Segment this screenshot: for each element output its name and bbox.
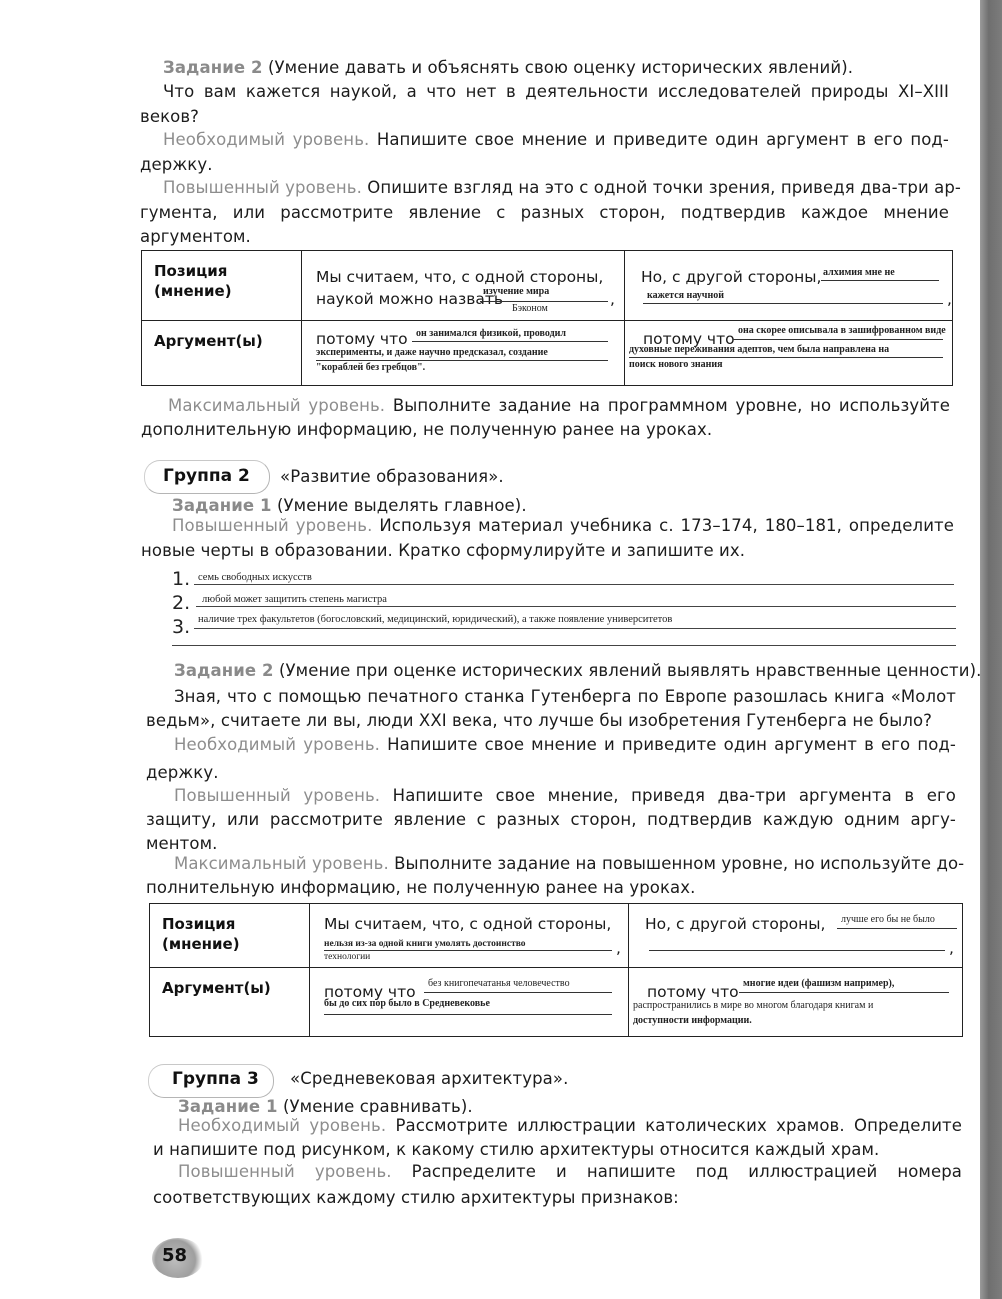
answer-text: без книгопечатанья человечество <box>428 978 570 990</box>
question-text: ведьм», считаете ли вы, люди XXI века, ч… <box>146 710 932 732</box>
level-advanced-cont: ментом. <box>146 833 218 855</box>
answer-text: лучше его бы не было <box>841 914 935 926</box>
answer-underline <box>643 303 943 304</box>
answer-table-gutenberg: Позиция (мнение) Мы считаем, что, с одно… <box>149 903 963 1037</box>
scan-shadow <box>980 0 1002 1299</box>
answer-text: она скорее описывала в зашифрованном вид… <box>738 325 946 337</box>
task-heading: Задание 2 (Умение при оценке исторически… <box>174 660 981 682</box>
page-number: 58 <box>162 1245 187 1266</box>
level-maximum-cont: дополнительную информацию, не полученную… <box>141 419 712 441</box>
level-advanced-cont: соответствующих каждому стилю архитектур… <box>153 1187 679 1209</box>
level-advanced-cont: защиту, или рассмотрите явление с разных… <box>146 809 956 831</box>
answer-line[interactable] <box>172 645 956 646</box>
answer-underline <box>316 360 608 361</box>
argument-right-cell[interactable]: потому что многие идеи (фашизм например)… <box>629 968 963 1037</box>
row-header-position: Позиция (мнение) <box>142 251 302 321</box>
answer-underline <box>649 950 945 951</box>
comma: , <box>949 938 954 959</box>
answer-text: любой может защитить степень магистра <box>202 594 387 606</box>
level-required-cont: и напишите под рисунком, к какому стилю … <box>153 1139 879 1161</box>
prompt-text: Мы считаем, что, с одной стороны, <box>316 267 603 288</box>
task-heading: Задание 2 (Умение давать и объяснять сво… <box>163 57 853 79</box>
answer-number: 3. <box>172 616 190 638</box>
row-header-text: Позиция <box>154 261 289 281</box>
argument-left-cell[interactable]: потому что без книгопечатанья человечест… <box>310 968 629 1037</box>
position-right-cell[interactable]: Но, с другой стороны, лучше его бы не бы… <box>629 904 963 968</box>
row-header-argument: Аргумент(ы) <box>150 968 310 1037</box>
answer-line[interactable] <box>194 584 954 585</box>
position-left-cell[interactable]: Мы считаем, что, с одной стороны, наукой… <box>302 251 625 321</box>
answer-text: он занимался физикой, проводил <box>416 328 566 340</box>
level-required-cont: держку. <box>146 762 219 784</box>
comma: , <box>947 289 952 310</box>
level-maximum-cont: полнительную информацию, не полученную р… <box>146 877 695 899</box>
level-advanced: Повышенный уровень. Напишите свое мнение… <box>174 785 956 807</box>
row-header-text: (мнение) <box>154 281 289 301</box>
answer-text: изучение мира <box>483 286 549 298</box>
level-advanced: Повышенный уровень. Используя материал у… <box>172 515 954 537</box>
answer-text: Бэконом <box>512 303 548 315</box>
answer-underline <box>424 992 612 993</box>
row-header-text: (мнение) <box>162 934 297 954</box>
answer-text: наличие трех факультетов (богословский, … <box>198 614 672 626</box>
answer-text: эксперименты, и даже научно предсказал, … <box>316 347 548 359</box>
row-header-text: Аргумент(ы) <box>162 978 297 998</box>
group-title: «Средневековая архитектура». <box>290 1068 568 1090</box>
group-badge-label: Группа 3 <box>172 1069 259 1089</box>
level-advanced-cont: гумента, или рассмотрите явление с разны… <box>140 202 949 224</box>
level-maximum: Максимальный уровень. Выполните задание … <box>168 395 950 417</box>
answer-text: "кораблей без гребцов". <box>316 362 425 374</box>
position-left-cell[interactable]: Мы считаем, что, с одной стороны, нельзя… <box>310 904 629 968</box>
answer-underline <box>733 339 943 340</box>
argument-left-cell[interactable]: потому что он занимался физикой, проводи… <box>302 321 625 386</box>
level-advanced: Повышенный уровень. Распределите и напиш… <box>178 1161 962 1183</box>
row-header-text: Аргумент(ы) <box>154 331 289 351</box>
group-badge-label: Группа 2 <box>163 466 250 486</box>
comma: , <box>616 938 621 959</box>
answer-underline <box>837 928 957 929</box>
prompt-text: Мы считаем, что, с одной стороны, <box>324 914 611 935</box>
answer-line[interactable] <box>194 628 956 629</box>
answer-text: поиск нового знания <box>629 359 723 371</box>
answer-underline <box>821 280 939 281</box>
answer-text: многие идеи (фашизм например), <box>743 978 894 990</box>
question-text: Что вам кажется наукой, а что нет в деят… <box>163 81 949 103</box>
prompt-text: Но, с другой стороны, <box>645 914 825 935</box>
task-text: новые черты в образовании. Кратко сформу… <box>141 540 745 562</box>
answer-text: нельзя из-за одной книги умолять достоин… <box>324 938 526 950</box>
answer-text: доступности информации. <box>633 1015 752 1027</box>
row-header-position: Позиция (мнение) <box>150 904 310 968</box>
answer-text: технологии <box>324 951 370 963</box>
answer-text: распространились в мире во многом благод… <box>633 1000 873 1012</box>
answer-underline <box>324 1014 612 1015</box>
row-header-text: Позиция <box>162 914 297 934</box>
comma: , <box>610 289 615 310</box>
level-maximum: Максимальный уровень. Выполните задание … <box>174 853 956 875</box>
answer-underline <box>629 357 943 358</box>
level-required-cont: держку. <box>140 154 213 176</box>
row-header-argument: Аргумент(ы) <box>142 321 302 386</box>
question-text: веков? <box>140 106 199 128</box>
level-required: Необходимый уровень. Напишите свое мнени… <box>174 734 956 756</box>
answer-text: духовные переживания адептов, чем была н… <box>629 344 889 356</box>
answer-number: 1. <box>172 568 190 590</box>
prompt-text: наукой можно назвать <box>316 289 503 310</box>
group-title: «Развитие образования». <box>280 466 504 488</box>
level-required: Необходимый уровень. Напишите свое мнени… <box>163 129 949 151</box>
answer-number: 2. <box>172 592 190 614</box>
prompt-text: Но, с другой стороны, <box>641 267 821 288</box>
answer-table-science: Позиция (мнение) Мы считаем, что, с одно… <box>141 250 953 386</box>
answer-text: бы до сих пор было в Средневековье <box>324 998 490 1010</box>
answer-underline <box>739 992 949 993</box>
answer-underline <box>412 341 608 342</box>
page-number-badge: 58 <box>152 1238 204 1278</box>
level-advanced: Повышенный уровень. Опишите взгляд на эт… <box>163 177 949 199</box>
answer-underline <box>480 301 608 302</box>
task-heading: Задание 1 (Умение выделять главное). <box>172 495 527 517</box>
answer-text: алхимия мне не <box>823 267 895 279</box>
answer-line[interactable] <box>196 606 956 607</box>
answer-text: кажется научной <box>647 290 724 302</box>
level-advanced-cont: аргументом. <box>140 226 251 248</box>
level-required: Необходимый уровень. Рассмотрите иллюстр… <box>178 1115 962 1137</box>
answer-text: семь свободных искусств <box>198 572 312 584</box>
position-right-cell[interactable]: Но, с другой стороны, алхимия мне не каж… <box>625 251 953 321</box>
argument-right-cell[interactable]: потому что она скорее описывала в зашифр… <box>625 321 953 386</box>
question-text: Зная, что с помощью печатного станка Гут… <box>174 686 956 708</box>
